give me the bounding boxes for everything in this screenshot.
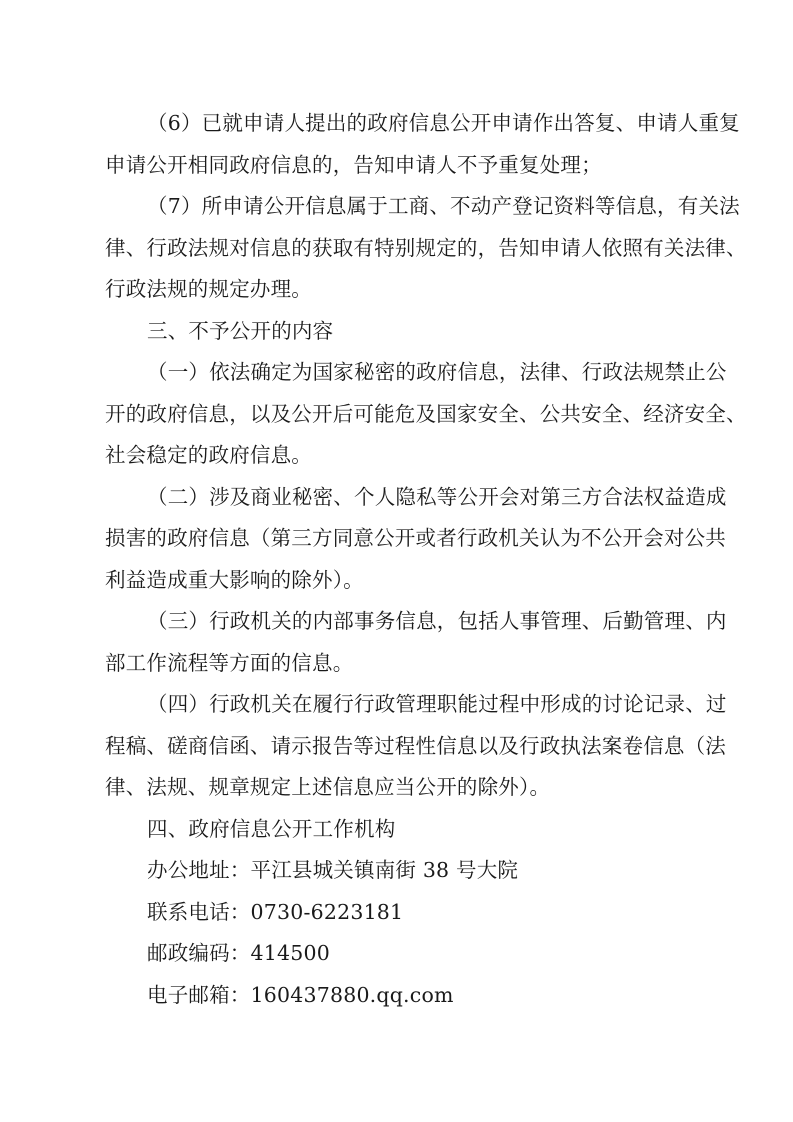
item-7-line-1: （7）所申请公开信息属于工商、不动产登记资料等信息，有关法 [105,186,687,228]
section-3-item-2-line-3: 利益造成重大影响的除外）。 [105,560,687,602]
item-7-line-2: 律、行政法规对信息的获取有特别规定的，告知申请人依照有关法律、 [105,228,687,270]
document-page: （6）已就申请人提出的政府信息公开申请作出答复、申请人重复 申请公开相同政府信息… [105,103,687,1016]
section-3-item-1-line-2: 开的政府信息，以及公开后可能危及国家安全、公共安全、经济安全、 [105,394,687,436]
section-3-item-2-line-2: 损害的政府信息（第三方同意公开或者行政机关认为不公开会对公共 [105,518,687,560]
section-3-item-4-line-2: 程稿、磋商信函、请示报告等过程性信息以及行政执法案卷信息（法 [105,726,687,768]
email: 电子邮箱：160437880.qq.com [105,975,687,1017]
section-3-item-2-line-1: （二）涉及商业秘密、个人隐私等公开会对第三方合法权益造成 [105,477,687,519]
section-3-item-1-line-1: （一）依法确定为国家秘密的政府信息，法律、行政法规禁止公 [105,352,687,394]
contact-phone: 联系电话：0730-6223181 [105,892,687,934]
item-6-line-2: 申请公开相同政府信息的，告知申请人不予重复处理； [105,145,687,187]
section-3-item-4-line-3: 律、法规、规章规定上述信息应当公开的除外）。 [105,767,687,809]
section-3-item-4-line-1: （四）行政机关在履行行政管理职能过程中形成的讨论记录、过 [105,684,687,726]
postal-code: 邮政编码：414500 [105,933,687,975]
section-3-item-3-line-1: （三）行政机关的内部事务信息，包括人事管理、后勤管理、内 [105,601,687,643]
office-address: 办公地址：平江县城关镇南街 38 号大院 [105,850,687,892]
item-6-line-1: （6）已就申请人提出的政府信息公开申请作出答复、申请人重复 [105,103,687,145]
section-3-item-1-line-3: 社会稳定的政府信息。 [105,435,687,477]
section-4-heading: 四、政府信息公开工作机构 [105,809,687,851]
section-3-item-3-line-2: 部工作流程等方面的信息。 [105,643,687,685]
item-7-line-3: 行政法规的规定办理。 [105,269,687,311]
section-3-heading: 三、不予公开的内容 [105,311,687,353]
